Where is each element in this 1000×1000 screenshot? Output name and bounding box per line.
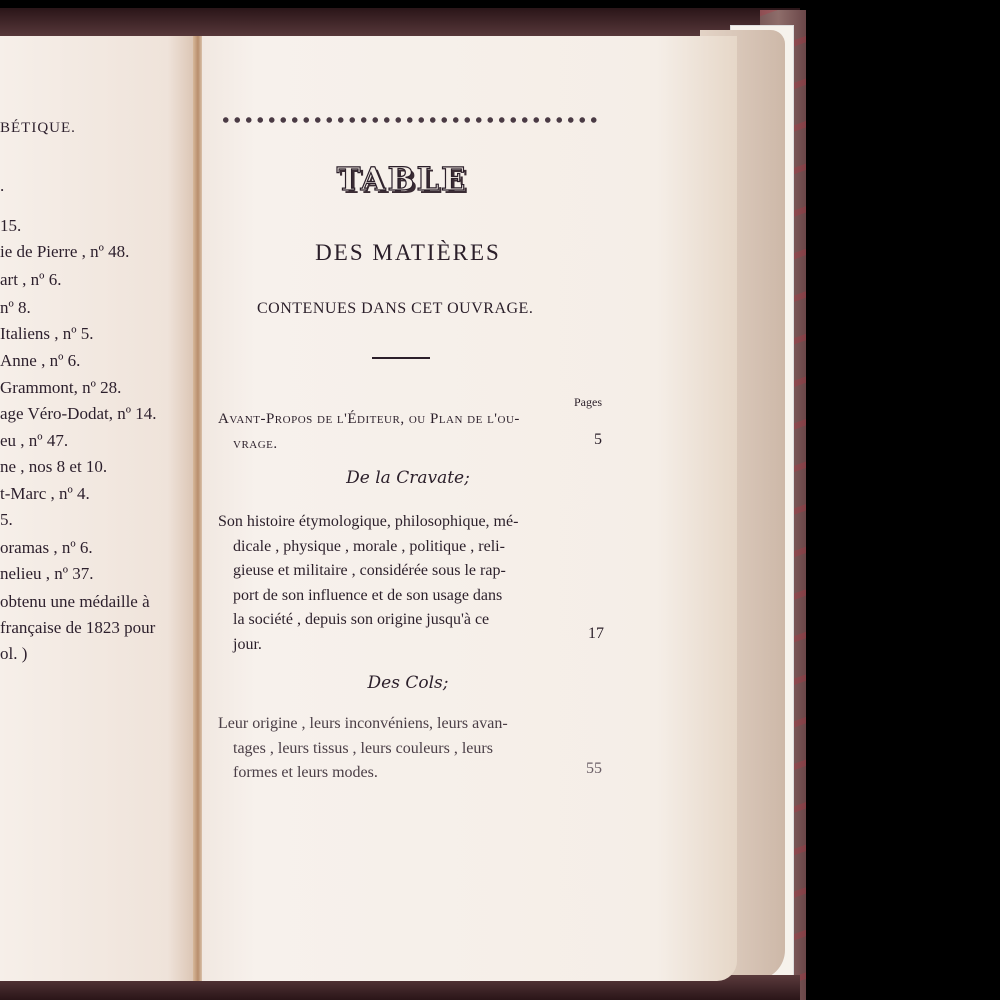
- toc-page-number: 17: [588, 625, 604, 643]
- left-page: BÉTIQUE. . 15. ie de Pierre , nº 48. art…: [0, 36, 197, 981]
- left-line: age Véro-Dodat, nº 14.: [0, 404, 157, 424]
- toc-entry-line: gieuse et militaire , considérée sous le…: [218, 559, 563, 584]
- toc-entry-line: tages , leurs tissus , leurs couleurs , …: [218, 737, 563, 762]
- toc-entry-line: port de son influence et de son usage da…: [218, 584, 563, 609]
- left-line: française de 1823 pour: [0, 618, 155, 638]
- left-line: ne , nos 8 et 10.: [0, 457, 107, 477]
- toc-entry-line: jour.: [218, 633, 563, 658]
- page-subtitle: DES MATIÈRES: [202, 240, 614, 266]
- left-line: nelieu , nº 37.: [0, 564, 94, 584]
- page-subsubtitle: CONTENUES DANS CET OUVRAGE.: [257, 300, 977, 318]
- left-line: art , nº 6.: [0, 270, 61, 290]
- left-page-heading: BÉTIQUE.: [0, 120, 76, 137]
- short-rule: [372, 357, 430, 359]
- toc-entry: Son histoire étymologique, philosophique…: [218, 510, 563, 657]
- ornamental-rule: [220, 114, 602, 126]
- toc-page-number: 55: [586, 760, 602, 778]
- toc-entry-line: la société , depuis son origine jusqu'à …: [218, 608, 563, 633]
- toc-entry: Avant-Propos de l'Éditeur, ou Plan de l'…: [218, 407, 563, 456]
- book-top-edge: [0, 8, 800, 38]
- pages-column-label: Pages: [574, 395, 602, 410]
- toc-entry-line: Son histoire étymologique, philosophique…: [218, 513, 518, 530]
- left-line: 15.: [0, 216, 21, 236]
- left-line: ie de Pierre , nº 48.: [0, 242, 129, 262]
- left-line: eu , nº 47.: [0, 431, 68, 451]
- toc-entry-line: formes et leurs modes.: [218, 761, 563, 786]
- toc-entry-line: vrage.: [218, 432, 563, 457]
- toc-entry-line: Leur origine , leurs inconvéniens, leurs…: [218, 715, 508, 732]
- toc-entry-line: Avant-Propos de l'Éditeur, ou Plan de l'…: [218, 411, 520, 427]
- left-line: .: [0, 176, 4, 196]
- toc-entry-line: dicale , physique , morale , politique ,…: [218, 535, 563, 560]
- section-heading: De la Cravate;: [202, 468, 614, 488]
- left-line: nº 8.: [0, 298, 31, 318]
- left-line: 5.: [0, 510, 13, 530]
- left-line: ol. ): [0, 644, 27, 664]
- left-line: obtenu une médaille à: [0, 592, 150, 612]
- left-line: t-Marc , nº 4.: [0, 484, 90, 504]
- left-line: Italiens , nº 5.: [0, 324, 94, 344]
- toc-page-number: 5: [594, 431, 602, 449]
- left-line: oramas , nº 6.: [0, 538, 93, 558]
- section-heading: Des Cols;: [202, 673, 614, 693]
- left-line: Grammont, nº 28.: [0, 378, 121, 398]
- toc-entry: Leur origine , leurs inconvéniens, leurs…: [218, 712, 563, 786]
- left-line: Anne , nº 6.: [0, 351, 80, 371]
- page-title: TABLE: [202, 160, 602, 198]
